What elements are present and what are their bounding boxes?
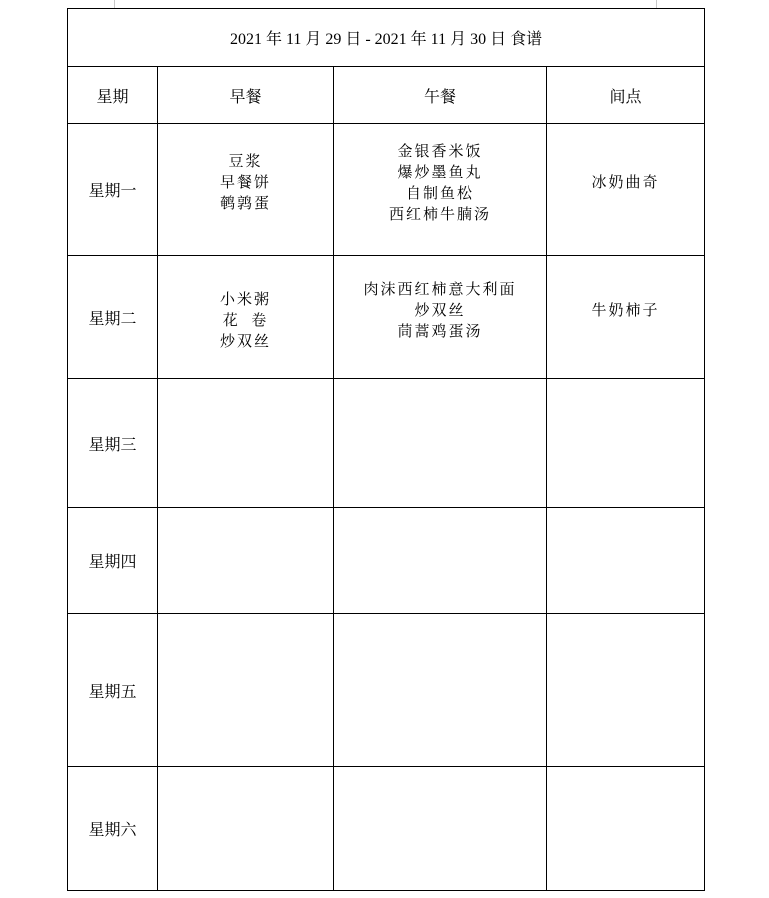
dish-item: 西红柿牛腩汤 xyxy=(334,205,546,226)
snack-cell xyxy=(547,614,705,767)
table-row: 星期四 xyxy=(68,508,705,614)
dish-item: 炒双丝 xyxy=(334,301,546,322)
dish-item: 炒双丝 xyxy=(158,332,333,353)
day-label: 星期一 xyxy=(68,124,158,256)
dish-item: 早餐饼 xyxy=(158,173,333,194)
dish-item: 自制鱼松 xyxy=(334,184,546,205)
day-label: 星期四 xyxy=(68,508,158,614)
dish-item: 金银香米饭 xyxy=(334,142,546,163)
snack-cell xyxy=(547,767,705,891)
table-row: 星期六 xyxy=(68,767,705,891)
day-label: 星期二 xyxy=(68,256,158,379)
header-row: 星期 早餐 午餐 间点 xyxy=(68,67,705,124)
menu-title: 2021 年 11 月 29 日 - 2021 年 11 月 30 日 食谱 xyxy=(68,9,705,67)
page-corner-mark-right xyxy=(656,0,657,8)
lunch-cell xyxy=(334,767,547,891)
dish-item: 爆炒墨鱼丸 xyxy=(334,163,546,184)
breakfast-cell: 小米粥 花 卷 炒双丝 xyxy=(158,256,334,379)
snack-cell xyxy=(547,508,705,614)
day-label: 星期三 xyxy=(68,379,158,508)
lunch-cell: 肉沫西红柿意大利面 炒双丝 茼蒿鸡蛋汤 xyxy=(334,256,547,379)
title-row: 2021 年 11 月 29 日 - 2021 年 11 月 30 日 食谱 xyxy=(68,9,705,67)
lunch-cell xyxy=(334,508,547,614)
dish-item: 牛奶柿子 xyxy=(547,301,704,322)
dish-item: 花 卷 xyxy=(158,311,333,332)
breakfast-cell xyxy=(158,379,334,508)
breakfast-cell: 豆浆 早餐饼 鹌鹑蛋 xyxy=(158,124,334,256)
dish-item: 鹌鹑蛋 xyxy=(158,194,333,215)
lunch-cell xyxy=(334,379,547,508)
dish-item: 豆浆 xyxy=(158,152,333,173)
header-lunch: 午餐 xyxy=(334,67,547,124)
table-row: 星期三 xyxy=(68,379,705,508)
table-row: 星期二 小米粥 花 卷 炒双丝 肉沫西红柿意大利面 炒双丝 茼蒿鸡蛋汤 牛奶柿子 xyxy=(68,256,705,379)
breakfast-cell xyxy=(158,767,334,891)
breakfast-cell xyxy=(158,508,334,614)
lunch-cell: 金银香米饭 爆炒墨鱼丸 自制鱼松 西红柿牛腩汤 xyxy=(334,124,547,256)
dish-item: 茼蒿鸡蛋汤 xyxy=(334,322,546,343)
day-label: 星期五 xyxy=(68,614,158,767)
snack-cell: 冰奶曲奇 xyxy=(547,124,705,256)
table-row: 星期五 xyxy=(68,614,705,767)
dish-item: 冰奶曲奇 xyxy=(547,173,704,194)
snack-cell: 牛奶柿子 xyxy=(547,256,705,379)
table-row: 星期一 豆浆 早餐饼 鹌鹑蛋 金银香米饭 爆炒墨鱼丸 自制鱼松 西红柿牛腩汤 冰… xyxy=(68,124,705,256)
page-corner-mark-left xyxy=(114,0,115,8)
header-breakfast: 早餐 xyxy=(158,67,334,124)
dish-item: 肉沫西红柿意大利面 xyxy=(334,280,546,301)
day-label: 星期六 xyxy=(68,767,158,891)
dish-item: 小米粥 xyxy=(158,290,333,311)
header-day: 星期 xyxy=(68,67,158,124)
weekly-menu-table: 2021 年 11 月 29 日 - 2021 年 11 月 30 日 食谱 星… xyxy=(67,8,705,891)
lunch-cell xyxy=(334,614,547,767)
breakfast-cell xyxy=(158,614,334,767)
header-snack: 间点 xyxy=(547,67,705,124)
snack-cell xyxy=(547,379,705,508)
